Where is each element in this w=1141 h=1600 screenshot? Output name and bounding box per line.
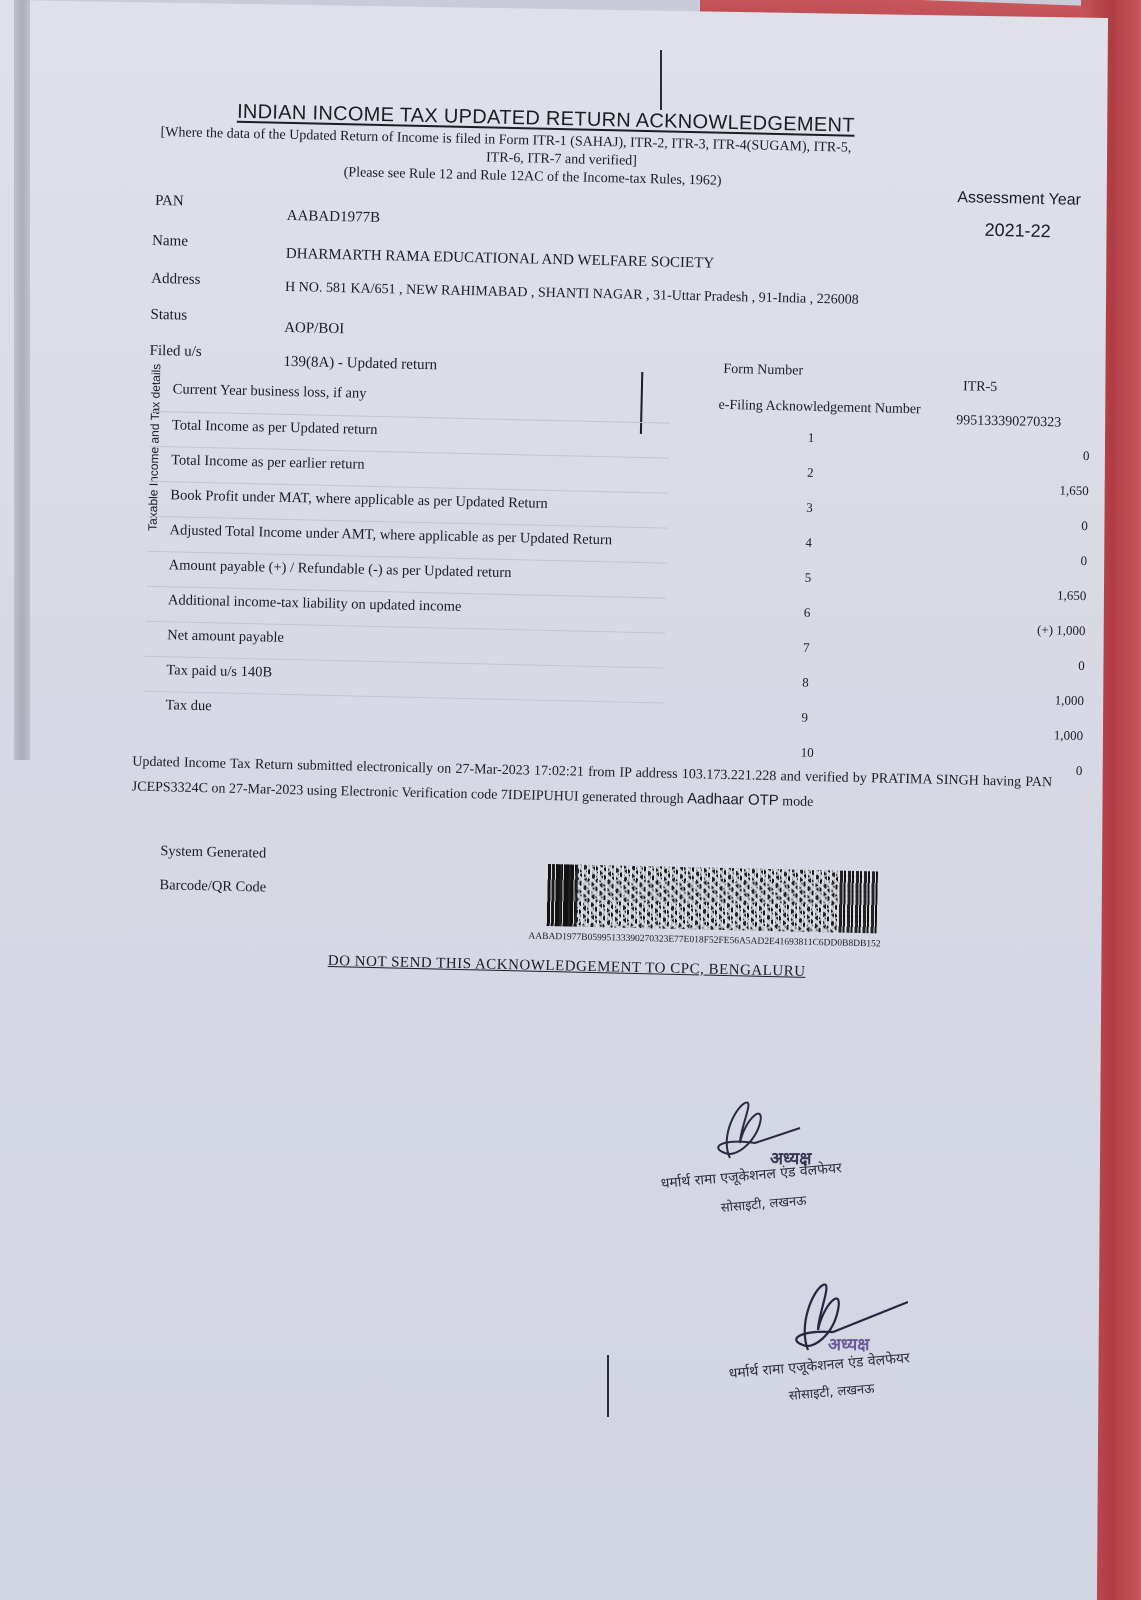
tax-row-number: 5 xyxy=(804,570,811,586)
tax-row-number: 7 xyxy=(803,640,810,656)
tax-row-amount: 0 xyxy=(1080,553,1087,569)
tax-row-label: Total Income as per Updated return xyxy=(172,417,378,439)
signature-stamp-1: अध्यक्ष धर्मार्थ रामा एजूकेशनल एंड वेलफे… xyxy=(660,1098,920,1228)
tax-row-amount: 0 xyxy=(1083,448,1090,464)
tax-row-amount: 0 xyxy=(1078,658,1085,674)
tax-row-label: Tax paid u/s 140B xyxy=(166,662,272,681)
tax-row-label: Tax due xyxy=(165,697,211,715)
tax-row-number: 10 xyxy=(801,745,814,761)
status-value: AOP/BOI xyxy=(284,320,344,338)
barcode-label-2: Barcode/QR Code xyxy=(159,877,266,896)
tax-row-amount: 1,650 xyxy=(1057,587,1087,604)
signature-stamp-2: अध्यक्ष धर्मार्थ रामा एजूकेशनल एंड वेलफे… xyxy=(728,1280,988,1410)
address-value: H NO. 581 KA/651 , NEW RAHIMABAD , SHANT… xyxy=(285,280,859,309)
verification-statement: Updated Income Tax Return submitted elec… xyxy=(131,751,1052,821)
tax-row-number: 8 xyxy=(802,675,809,691)
barcode-code: AABAD1977B05995133390270323E77E018F52FE5… xyxy=(528,932,880,950)
assessment-year-label: Assessment Year xyxy=(957,189,1081,210)
tax-row-number: 4 xyxy=(805,535,812,551)
tax-row-label: Adjusted Total Income under AMT, where a… xyxy=(169,522,612,549)
barcode-image xyxy=(547,864,878,933)
ack-number-value: 995133390270323 xyxy=(956,413,1061,431)
stamp-city: सोसाइटी, लखनऊ xyxy=(720,1191,807,1216)
tax-row-amount: 1,000 xyxy=(1054,727,1084,744)
row-divider xyxy=(144,691,664,704)
tax-row-number: 6 xyxy=(804,605,811,621)
tax-row-label: Amount payable (+) / Refundable (-) as p… xyxy=(169,557,512,582)
pen-mark xyxy=(607,1355,609,1417)
tax-row-number: 1 xyxy=(808,430,815,446)
tax-row-amount: 0 xyxy=(1076,763,1083,779)
current-year-loss-label: Current Year business loss, if any xyxy=(173,381,367,402)
section-label-vertical: Taxable Income and Tax details xyxy=(146,364,164,531)
section-divider xyxy=(640,372,643,434)
tax-row-label: Total Income as per earlier return xyxy=(171,452,365,473)
tax-row-amount: 0 xyxy=(1081,518,1088,534)
tax-row-number: 9 xyxy=(801,710,808,726)
name-value: DHARMARTH RAMA EDUCATIONAL AND WELFARE S… xyxy=(286,246,715,273)
pan-label: PAN xyxy=(155,193,184,211)
acknowledgement-document: INDIAN INCOME TAX UPDATED RETURN ACKNOWL… xyxy=(98,70,1098,992)
tax-row-number: 3 xyxy=(806,500,813,516)
ack-number-label: e-Filing Acknowledgement Number xyxy=(718,398,920,419)
filed-value: 139(8A) - Updated return xyxy=(283,354,437,374)
form-number-value: ITR-5 xyxy=(963,379,998,396)
name-label: Name xyxy=(152,233,188,251)
paper-fold-shadow xyxy=(14,0,30,760)
pan-value: AABAD1977B xyxy=(287,208,381,227)
status-label: Status xyxy=(150,307,187,325)
document-subtitle-3: (Please see Rule 12 and Rule 12AC of the… xyxy=(344,165,722,190)
stamp-city: सोसाइटी, लखनऊ xyxy=(788,1379,875,1404)
filed-label: Filed u/s xyxy=(149,343,201,361)
tax-row-label: Additional income-tax liability on updat… xyxy=(168,592,462,616)
tax-row-amount: 1,000 xyxy=(1055,692,1085,709)
verification-text: Updated Income Tax Return submitted elec… xyxy=(132,755,1053,808)
tax-row-number: 2 xyxy=(807,465,814,481)
barcode-label-1: System Generated xyxy=(160,843,266,862)
form-number-label: Form Number xyxy=(723,362,803,380)
tax-row-label: Net amount payable xyxy=(167,627,284,647)
address-label: Address xyxy=(151,271,201,289)
tax-row-amount: (+) 1,000 xyxy=(1037,622,1086,639)
assessment-year-value: 2021-22 xyxy=(984,220,1051,242)
document-subtitle-2: ITR-6, ITR-7 and verified] xyxy=(486,150,637,169)
verification-mode-suffix: mode xyxy=(782,794,813,810)
verification-mode: Aadhaar OTP xyxy=(687,790,779,809)
tax-row-amount: 1,650 xyxy=(1059,482,1089,499)
tax-row-label: Book Profit under MAT, where applicable … xyxy=(170,487,548,513)
fold-mark xyxy=(660,50,662,110)
